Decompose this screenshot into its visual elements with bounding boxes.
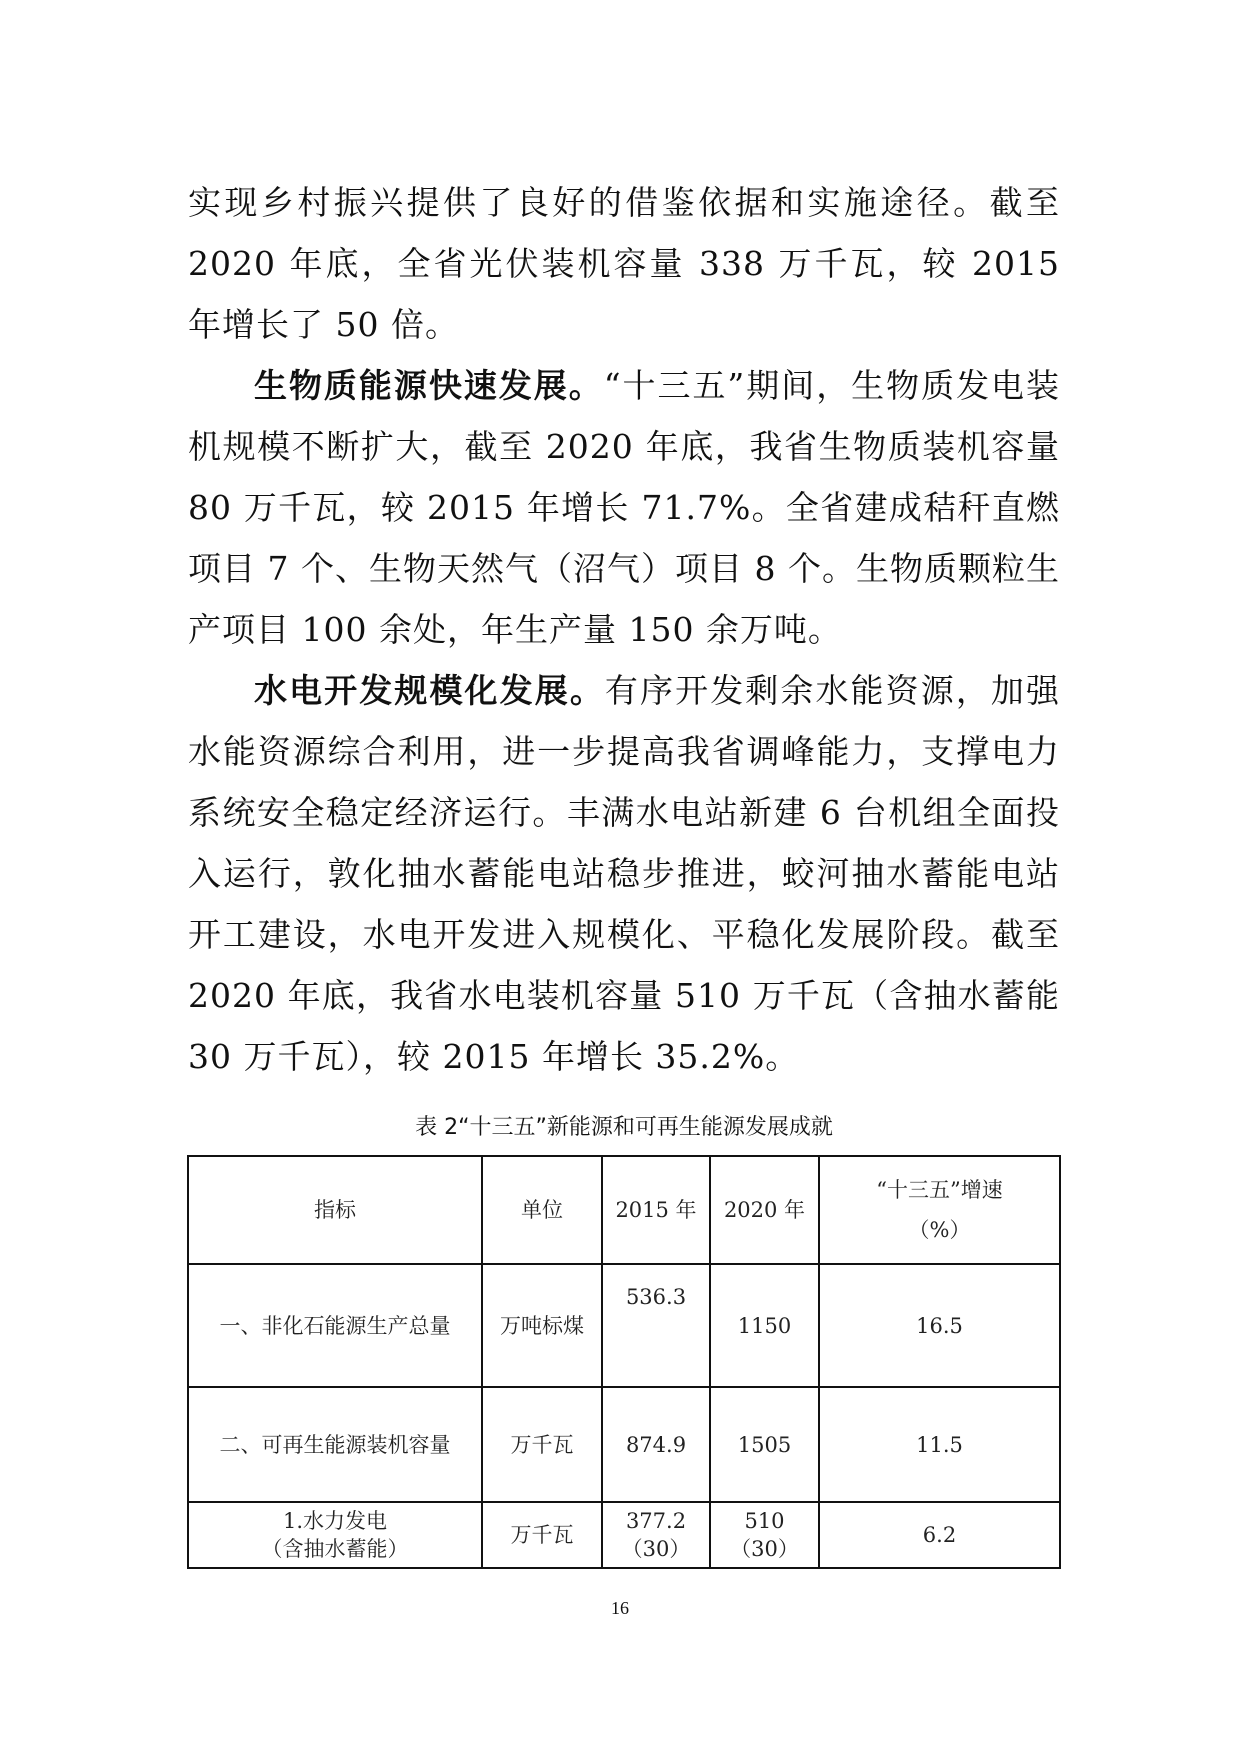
header-unit: 单位 xyxy=(482,1156,602,1264)
cell-growth: 6.2 xyxy=(819,1502,1060,1568)
cell-2020-line2: （30） xyxy=(721,1535,808,1563)
header-growth-unit: （%） xyxy=(830,1210,1049,1250)
cell-growth: 16.5 xyxy=(819,1264,1060,1387)
paragraph-text: 有序开发剩余水能资源，加强水能资源综合利用，进一步提高我省调峰能力，支撑电力系统… xyxy=(188,671,1060,1076)
paragraph-lead-heading: 生物质能源快速发展。 xyxy=(254,366,604,405)
cell-unit: 万吨标煤 xyxy=(482,1264,602,1387)
document-body: 实现乡村振兴提供了良好的借鉴依据和实施途径。截至 2020 年底，全省光伏装机容… xyxy=(188,172,1060,1087)
cell-unit: 万千瓦 xyxy=(482,1387,602,1502)
cell-indicator: 一、非化石能源生产总量 xyxy=(188,1264,482,1387)
cell-2020: 510 （30） xyxy=(710,1502,819,1568)
cell-growth: 11.5 xyxy=(819,1387,1060,1502)
header-2020: 2020 年 xyxy=(710,1156,819,1264)
header-indicator: 指标 xyxy=(188,1156,482,1264)
header-2015: 2015 年 xyxy=(602,1156,710,1264)
cell-2015: 874.9 xyxy=(602,1387,710,1502)
paragraph-hydro: 水电开发规模化发展。有序开发剩余水能资源，加强水能资源综合利用，进一步提高我省调… xyxy=(188,660,1060,1087)
paragraph-biomass: 生物质能源快速发展。“十三五”期间，生物质发电装机规模不断扩大，截至 2020 … xyxy=(188,355,1060,660)
header-growth: “十三五”增速 （%） xyxy=(819,1156,1060,1264)
cell-2015-line2: （30） xyxy=(613,1535,699,1563)
table-row: 一、非化石能源生产总量 万吨标煤 536.3 1150 16.5 xyxy=(188,1264,1060,1387)
table-caption: 表 2“十三五”新能源和可再生能源发展成就 xyxy=(188,1110,1060,1146)
cell-indicator: 二、可再生能源装机容量 xyxy=(188,1387,482,1502)
cell-2015: 377.2 （30） xyxy=(602,1502,710,1568)
cell-unit: 万千瓦 xyxy=(482,1502,602,1568)
cell-2015: 536.3 xyxy=(602,1264,710,1387)
cell-2020: 1150 xyxy=(710,1264,819,1387)
table-row: 1.水力发电 （含抽水蓄能） 万千瓦 377.2 （30） 510 （30） 6… xyxy=(188,1502,1060,1568)
table-header-row: 指标 单位 2015 年 2020 年 “十三五”增速 （%） xyxy=(188,1156,1060,1264)
table-row: 二、可再生能源装机容量 万千瓦 874.9 1505 11.5 xyxy=(188,1387,1060,1502)
cell-2020: 1505 xyxy=(710,1387,819,1502)
paragraph-solar-continued: 实现乡村振兴提供了良好的借鉴依据和实施途径。截至 2020 年底，全省光伏装机容… xyxy=(188,172,1060,355)
paragraph-text: “十三五”期间，生物质发电装机规模不断扩大，截至 2020 年底，我省生物质装机… xyxy=(188,366,1060,649)
cell-indicator-line1: 1.水力发电 xyxy=(199,1507,471,1535)
cell-2015-line1: 377.2 xyxy=(613,1507,699,1535)
cell-indicator: 1.水力发电 （含抽水蓄能） xyxy=(188,1502,482,1568)
cell-2020-line1: 510 xyxy=(721,1507,808,1535)
cell-indicator-line2: （含抽水蓄能） xyxy=(199,1535,471,1563)
paragraph-lead-heading: 水电开发规模化发展。 xyxy=(254,671,605,710)
achievements-table: 指标 单位 2015 年 2020 年 “十三五”增速 （%） 一、非化石能源生… xyxy=(187,1155,1061,1569)
header-growth-label: “十三五”增速 xyxy=(830,1170,1049,1210)
paragraph-text: 实现乡村振兴提供了良好的借鉴依据和实施途径。截至 2020 年底，全省光伏装机容… xyxy=(188,183,1060,344)
page-number: 16 xyxy=(0,1598,1240,1619)
